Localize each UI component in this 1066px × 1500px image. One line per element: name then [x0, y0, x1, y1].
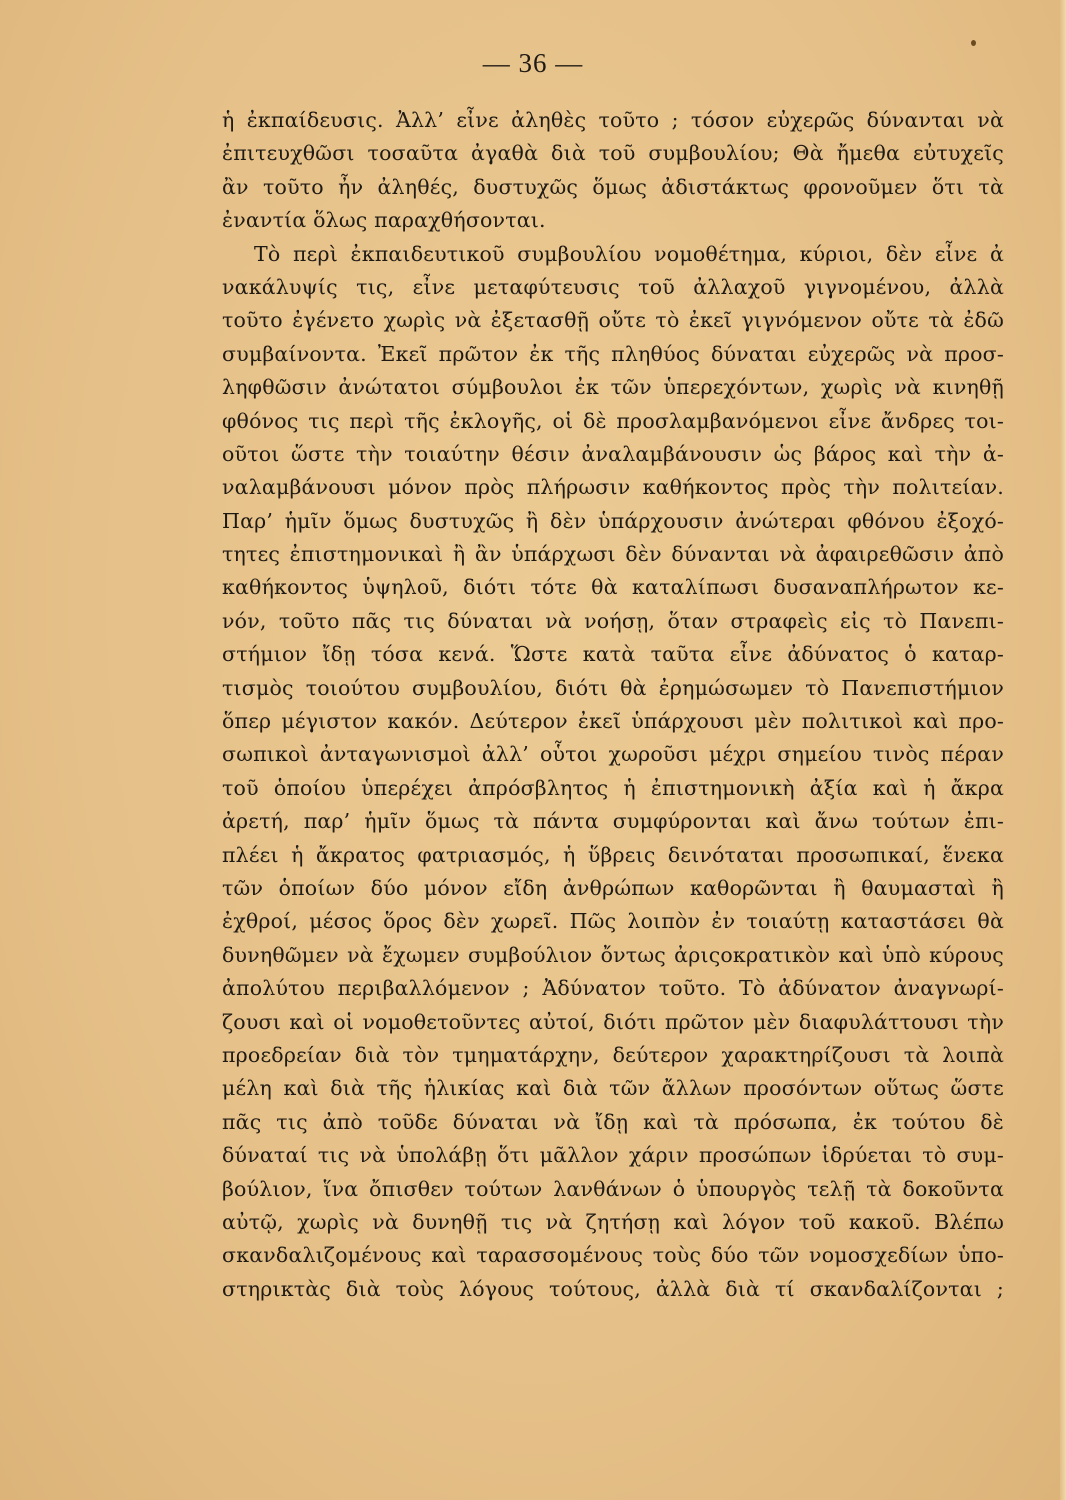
text-line: σωπικοὶ ἀνταγωνισμοὶ ἀλλ’ οὗτοι χωροῦσι … — [222, 738, 1004, 771]
text-line: δυνηθῶμεν νὰ ἔχωμεν συμβούλιον ὄντως ἀρι… — [222, 939, 1004, 972]
text-line: ζουσι καὶ οἱ νομοθετοῦντες αὐτοί, διότι … — [222, 1006, 1004, 1039]
text-line: ὅπερ μέγιστον κακόν. Δεύτερον ἐκεῖ ὑπάρχ… — [222, 705, 1004, 738]
text-line: ναλαμβάνουσι μόνον πρὸς πλήρωσιν καθήκον… — [222, 471, 1004, 504]
text-line: Παρ’ ἡμῖν ὅμως δυστυχῶς ἢ δὲν ὑπάρχουσιν… — [222, 505, 1004, 538]
text-line: οῦτοι ὥστε τὴν τοιαύτην θέσιν ἀναλαμβάνο… — [222, 438, 1004, 471]
text-line: ἂν τοῦτο ἦν ἀληθές, δυστυχῶς ὅμως ἀδιστά… — [222, 171, 1004, 204]
text-line: τοῦ ὁποίου ὑπερέχει ἀπρόσβλητος ἡ ἐπιστη… — [222, 772, 1004, 805]
text-line: ἐπιτευχθῶσι τοσαῦτα ἀγαθὰ διὰ τοῦ συμβου… — [222, 137, 1004, 170]
text-line: τισμὸς τοιούτου συμβουλίου, διότι θὰ ἐρη… — [222, 672, 1004, 705]
text-line: μέλη καὶ διὰ τῆς ἡλικίας καὶ διὰ τῶν ἄλλ… — [222, 1072, 1004, 1105]
text-line: προεδρείαν διὰ τὸν τμηματάρχην, δεύτερον… — [222, 1039, 1004, 1072]
text-line: αὐτῷ, χωρὶς νὰ δυνηθῇ τις νὰ ζητήσῃ καὶ … — [222, 1206, 1004, 1239]
text-line: στηρικτὰς διὰ τοὺς λόγους τούτους, ἀλλὰ … — [222, 1273, 1004, 1306]
text-line: τοῦτο ἐγένετο χωρὶς νὰ ἐξετασθῇ οὔτε τὸ … — [222, 304, 1004, 337]
text-line: φθόνος τις περὶ τῆς ἐκλογῆς, οἱ δὲ προσλ… — [222, 405, 1004, 438]
text-line: νόν, τοῦτο πᾶς τις δύναται νὰ νοήσῃ, ὅτα… — [222, 605, 1004, 638]
page-number: — 36 — — [0, 48, 1066, 79]
text-line: πλέει ἡ ἄκρατος φατριασμός, ἡ ὕβρεις δει… — [222, 839, 1004, 872]
text-line: τῶν ὁποίων δύο μόνον εἴδη ἀνθρώπων καθορ… — [222, 872, 1004, 905]
text-line: στήμιον ἴδῃ τόσα κενά. Ὥστε κατὰ ταῦτα ε… — [222, 638, 1004, 671]
page-edge — [1060, 0, 1066, 1500]
text-line: πᾶς τις ἀπὸ τοῦδε δύναται νὰ ἴδῃ καὶ τὰ … — [222, 1106, 1004, 1139]
text-line: ληφθῶσιν ἀνώτατοι σύμβουλοι ἐκ τῶν ὑπερε… — [222, 371, 1004, 404]
text-line: σκανδαλιζομένους καὶ ταρασσομένους τοὺς … — [222, 1239, 1004, 1272]
text-line: ἀπολύτου περιβαλλόμενον ; Ἀδύνατον τοῦτο… — [222, 972, 1004, 1005]
text-line: ἐχθροί, μέσος ὅρος δὲν χωρεῖ. Πῶς λοιπὸν… — [222, 905, 1004, 938]
paper-speck — [971, 40, 976, 46]
text-line: Τὸ περὶ ἐκπαιδευτικοῦ συμβουλίου νομοθέτ… — [222, 238, 1004, 271]
text-line: καθήκοντος ὑψηλοῦ, διότι τότε θὰ καταλίπ… — [222, 571, 1004, 604]
text-line: συμβαίνοντα. Ἐκεῖ πρῶτον ἐκ τῆς πληθύος … — [222, 338, 1004, 371]
text-line: ἡ ἐκπαίδευσις. Ἀλλ’ εἶνε ἀληθὲς τοῦτο ; … — [222, 104, 1004, 137]
body-text: ἡ ἐκπαίδευσις. Ἀλλ’ εἶνε ἀληθὲς τοῦτο ; … — [222, 104, 1004, 1306]
text-line: ἐναντία ὅλως παραχθήσονται. — [222, 204, 1004, 237]
text-line: τητες ἐπιστημονικαὶ ἢ ἂν ὑπάρχωσι δὲν δύ… — [222, 538, 1004, 571]
text-line: ἀρετή, παρ’ ἡμῖν ὅμως τὰ πάντα συμφύροντ… — [222, 805, 1004, 838]
text-line: δύναταί τις νὰ ὑπολάβῃ ὅτι μᾶλλον χάριν … — [222, 1139, 1004, 1172]
text-line: νακάλυψίς τις, εἶνε μεταφύτευσις τοῦ ἀλλ… — [222, 271, 1004, 304]
text-line: βούλιον, ἵνα ὄπισθεν τούτων λανθάνων ὁ ὑ… — [222, 1173, 1004, 1206]
